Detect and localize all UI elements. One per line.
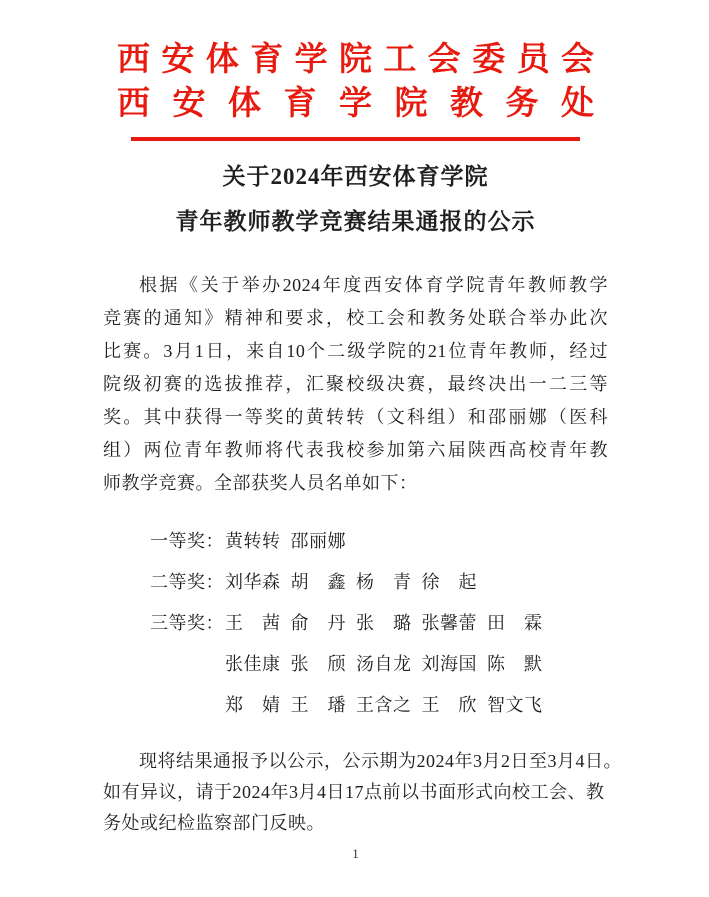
- document-page: 西安体育学院工会委员会 西安体育学院教务处 关于2024年西安体育学院 青年教师…: [0, 0, 709, 897]
- paragraph-line: 师教学竞赛。全部获奖人员名单如下：: [103, 467, 608, 500]
- paragraph-line: 根据《关于举办2024年度西安体育学院青年教师教学: [103, 269, 608, 302]
- awards-list: 一等奖：黄转转 邵丽娜 二等奖：刘华森 胡 鑫 杨 青 徐 起 三等奖：王 茜 …: [103, 521, 608, 726]
- paragraph-line: 奖。其中获得一等奖的黄转转（文科组）和邵丽娜（医科: [103, 401, 608, 434]
- paragraph-line: 院级初赛的选拔推荐，汇聚校级决赛，最终决出一二三等: [103, 368, 608, 401]
- letterhead-line-1: 西安体育学院工会委员会: [117, 38, 594, 82]
- award-line: 一等奖：黄转转 邵丽娜: [103, 521, 608, 562]
- paragraph-line: 如有异议，请于2024年3月4日17点前以书面形式向校工会、教: [103, 777, 608, 808]
- paragraph-line: 务处或纪检监察部门反映。: [103, 808, 608, 839]
- award-names: 王 茜 俞 丹 张 璐 张馨蕾 田 霖: [225, 613, 543, 633]
- document-title-line-2: 青年教师教学竞赛结果通报的公示: [103, 199, 608, 244]
- paragraph-line: 竞赛的通知》精神和要求，校工会和教务处联合举办此次: [103, 302, 608, 335]
- award-names: 刘华森 胡 鑫 杨 青 徐 起: [225, 572, 477, 592]
- document-title: 关于2024年西安体育学院 青年教师教学竞赛结果通报的公示: [103, 154, 608, 244]
- award-names: 张佳康 张 颀 汤自龙 刘海国 陈 默: [225, 654, 543, 674]
- page-number: 1: [103, 845, 608, 863]
- paragraph-line: 组）两位青年教师将代表我校参加第六届陕西高校青年教: [103, 434, 608, 467]
- award-line: 郑 婧 王 璠 王含之 王 欣 智文飞: [103, 685, 608, 726]
- document-title-line-1: 关于2024年西安体育学院: [103, 154, 608, 199]
- paragraph-line: 现将结果通报予以公示，公示期为2024年3月2日至3月4日。: [103, 746, 608, 777]
- award-names: 黄转转 邵丽娜: [225, 531, 346, 551]
- letterhead: 西安体育学院工会委员会 西安体育学院教务处: [103, 38, 608, 141]
- letterhead-divider: [131, 137, 580, 141]
- award-line: 张佳康 张 颀 汤自龙 刘海国 陈 默: [103, 644, 608, 685]
- award-rank-label: 三等奖：: [150, 603, 225, 644]
- award-rank-label: 二等奖：: [150, 562, 225, 603]
- award-names: 郑 婧 王 璠 王含之 王 欣 智文飞: [225, 695, 543, 715]
- award-line: 三等奖：王 茜 俞 丹 张 璐 张馨蕾 田 霖: [103, 603, 608, 644]
- paragraph-intro: 根据《关于举办2024年度西安体育学院青年教师教学 竞赛的通知》精神和要求，校工…: [103, 269, 608, 500]
- paragraph-closing: 现将结果通报予以公示，公示期为2024年3月2日至3月4日。 如有异议，请于20…: [103, 746, 608, 839]
- award-rank-label: 一等奖：: [150, 521, 225, 562]
- letterhead-line-2: 西安体育学院教务处: [117, 82, 594, 126]
- award-line: 二等奖：刘华森 胡 鑫 杨 青 徐 起: [103, 562, 608, 603]
- paragraph-line: 比赛。3月1日，来自10个二级学院的21位青年教师，经过: [103, 335, 608, 368]
